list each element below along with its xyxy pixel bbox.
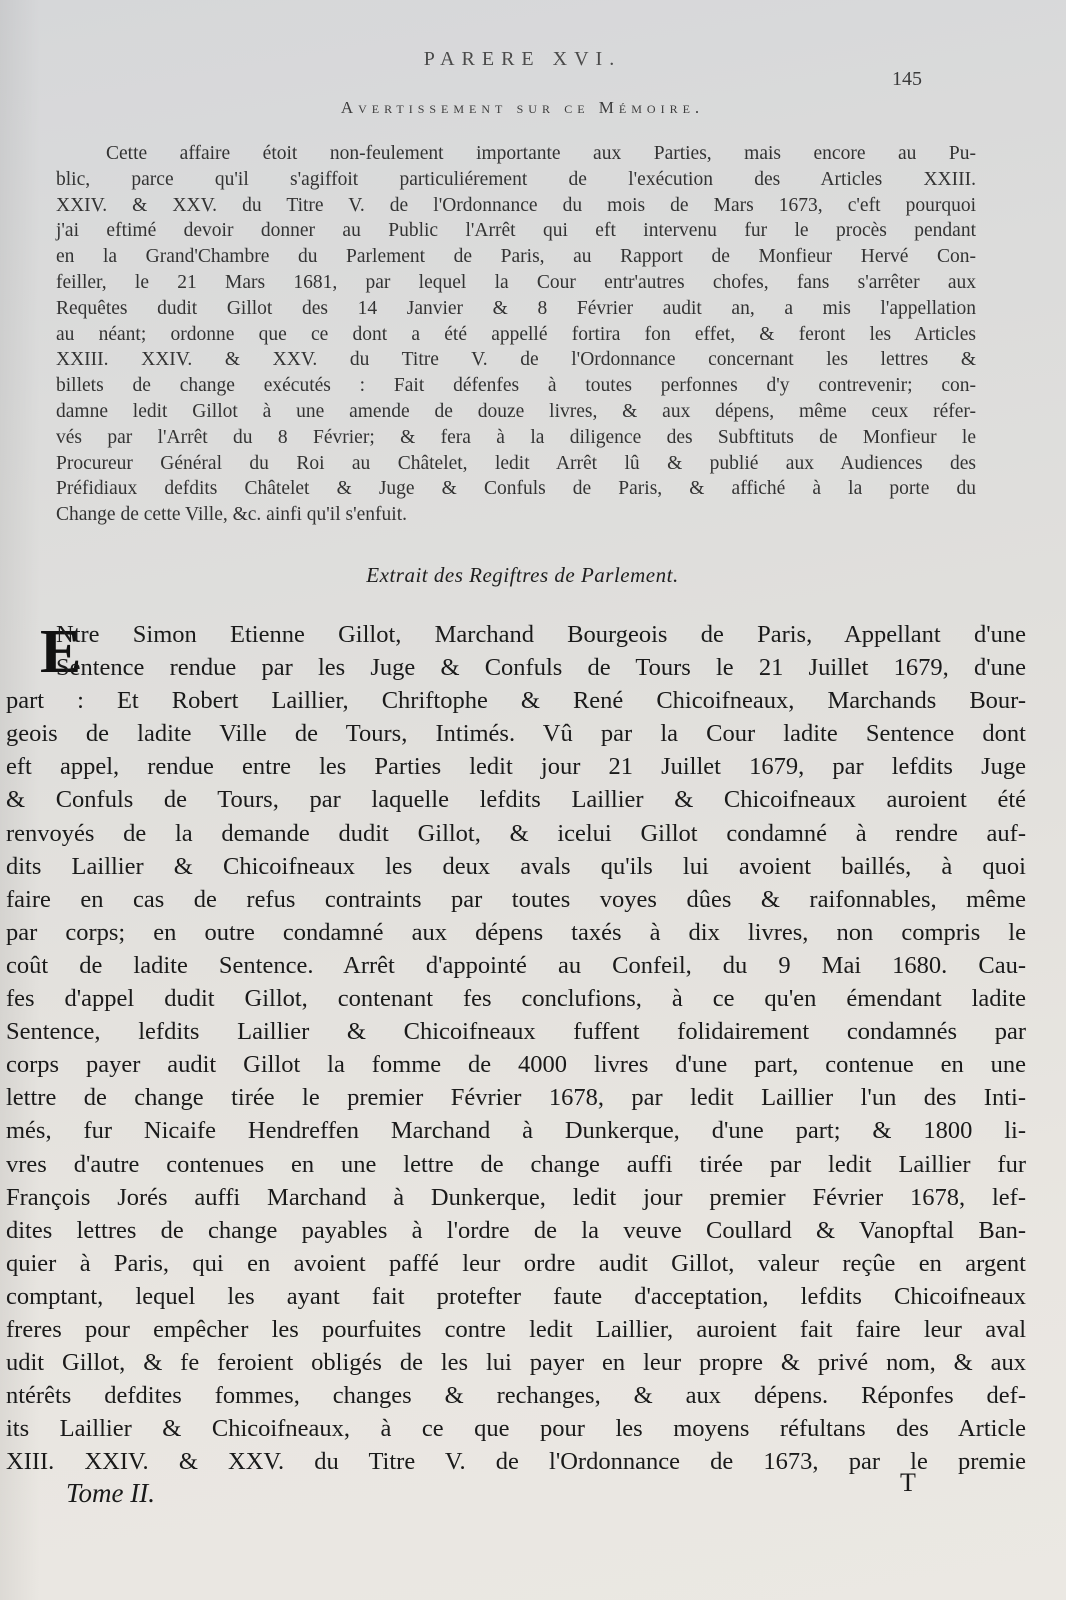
notice-line: blic, parce qu'il s'agiffoit particuliér…	[56, 167, 976, 193]
notice-line: en la Grand'Chambre du Parlement de Pari…	[56, 244, 976, 270]
signature-mark: T	[900, 1468, 916, 1498]
body-line: fes d'appel dudit Gillot, contenant fes …	[6, 982, 1026, 1015]
body-line: comptant, lequel les ayant fait protefte…	[6, 1280, 1026, 1313]
notice-line: Préfidiaux defdits Châtelet & Juge & Con…	[56, 476, 976, 502]
notice-line: j'ai eftimé devoir donner au Public l'Ar…	[56, 218, 976, 244]
body-line: par corps; en outre condamné aux dépens …	[6, 916, 1026, 949]
notice-line: Procureur Général du Roi au Châtelet, le…	[56, 451, 976, 477]
body-line: François Jorés auffi Marchand à Dunkerqu…	[6, 1181, 1026, 1214]
body-paragraph: Ntre Simon Etienne Gillot, Marchand Bour…	[6, 618, 1026, 1478]
body-line: coût de ladite Sentence. Arrêt d'appoint…	[6, 949, 1026, 982]
notice-line: Requêtes dudit Gillot des 14 Janvier & 8…	[56, 296, 976, 322]
body-line: & Confuls de Tours, par laquelle lefdits…	[6, 783, 1026, 816]
notice-title: Avertissement sur ce Mémoire.	[0, 98, 1045, 118]
notice-line: XXIII. XXIV. & XXV. du Titre V. de l'Ord…	[56, 347, 976, 373]
notice-line: Cette affaire étoit non-feulement import…	[56, 141, 976, 167]
body-line: geois de ladite Ville de Tours, Intimés.…	[6, 717, 1026, 750]
notice-line: XXIV. & XXV. du Titre V. de l'Ordonnance…	[56, 193, 976, 219]
running-head: PARERE XVI.	[0, 48, 1045, 71]
body-line: dits Laillier & Chicoifneaux les deux av…	[6, 850, 1026, 883]
body-line: XIII. XXIV. & XXV. du Titre V. de l'Ordo…	[6, 1445, 1026, 1478]
notice-paragraph: Cette affaire étoit non-feulement import…	[56, 141, 976, 528]
body-line: Sentence, lefdits Laillier & Chicoifneau…	[6, 1015, 1026, 1048]
section-title: Extrait des Regiftres de Parlement.	[0, 563, 1045, 588]
body-line: dites lettres de change payables à l'ord…	[6, 1214, 1026, 1247]
body-line: faire en cas de refus contraints par tou…	[6, 883, 1026, 916]
body-line: eft appel, rendue entre les Parties ledi…	[6, 750, 1026, 783]
notice-line: Change de cette Ville, &c. ainfi qu'il s…	[56, 502, 976, 528]
body-line: Sentence rendue par les Juge & Confuls d…	[6, 651, 1026, 684]
notice-line: vés par l'Arrêt du 8 Février; & fera à l…	[56, 425, 976, 451]
body-line: quier à Paris, qui en avoient paffé leur…	[6, 1247, 1026, 1280]
notice-line: billets de change exécutés : Fait défenf…	[56, 373, 976, 399]
body-line: udit Gillot, & fe feroient obligés de le…	[6, 1346, 1026, 1379]
page-number: 145	[892, 68, 922, 91]
body-line: corps payer audit Gillot la fomme de 400…	[6, 1048, 1026, 1081]
notice-line: feiller, le 21 Mars 1681, par lequel la …	[56, 270, 976, 296]
body-line: freres pour empêcher les pourfuites cont…	[6, 1313, 1026, 1346]
body-line: ntérêts defdites fommes, changes & recha…	[6, 1379, 1026, 1412]
body-line: vres d'autre contenues en une lettre de …	[6, 1148, 1026, 1181]
body-line: lettre de change tirée le premier Févrie…	[6, 1081, 1026, 1114]
body-line: its Laillier & Chicoifneaux, à ce que po…	[6, 1412, 1026, 1445]
notice-line: damne ledit Gillot à une amende de douze…	[56, 399, 976, 425]
body-line: renvoyés de la demande dudit Gillot, & i…	[6, 817, 1026, 850]
book-page: PARERE XVI. 145 Avertissement sur ce Mém…	[0, 0, 1066, 1600]
volume-label: Tome II.	[66, 1478, 155, 1509]
body-line: Ntre Simon Etienne Gillot, Marchand Bour…	[6, 618, 1026, 651]
notice-line: au néant; ordonne que ce dont a été appe…	[56, 322, 976, 348]
body-line: part : Et Robert Laillier, Chriftophe & …	[6, 684, 1026, 717]
body-line: més, fur Nicaife Hendreffen Marchand à D…	[6, 1114, 1026, 1147]
